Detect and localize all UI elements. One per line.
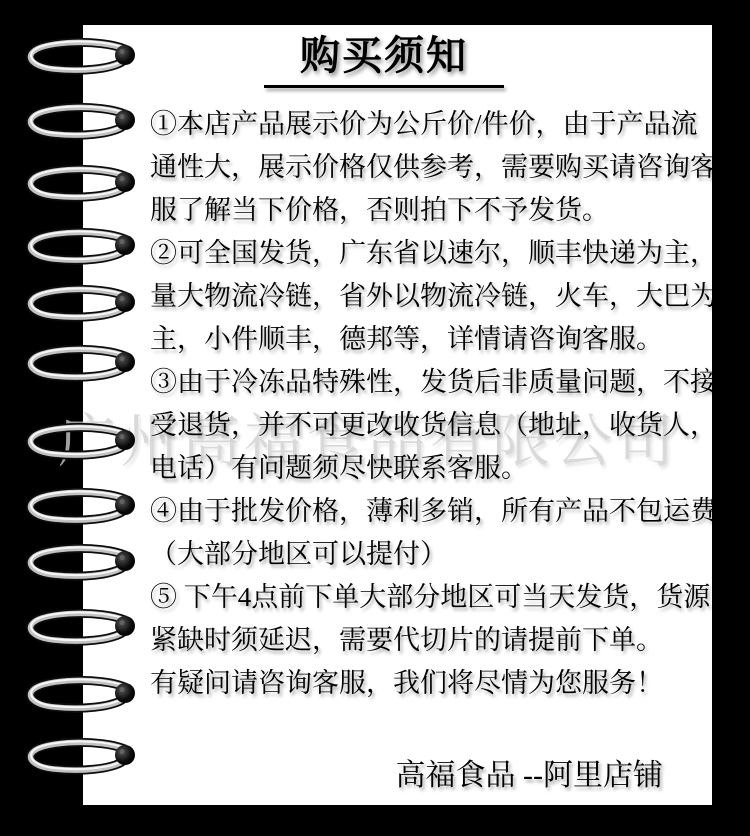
notice-line: ①本店产品展示价为公斤价/件价，由于产品流 <box>150 103 710 146</box>
ring-hole-icon <box>115 352 135 372</box>
spiral-ring-icon <box>22 36 140 80</box>
ring-hole-icon <box>115 683 135 703</box>
notice-line: 电话）有问题须尽快联系客服。 <box>150 447 710 490</box>
ring-hole-icon <box>115 430 135 450</box>
page-title: 购买须知 <box>234 33 534 79</box>
notice-line: 服了解当下价格，否则拍下不予发货。 <box>150 189 710 232</box>
ring-hole-icon <box>115 45 135 65</box>
spiral-ring-icon <box>22 163 140 207</box>
ring-hole-icon <box>115 745 135 765</box>
ring-hole-icon <box>115 235 135 255</box>
spiral-ring-icon <box>22 486 140 530</box>
ring-hole-icon <box>115 551 135 571</box>
spiral-ring-icon <box>22 421 140 465</box>
ring-hole-icon <box>115 292 135 312</box>
spiral-ring-icon <box>22 283 140 327</box>
shop-signature: 高福食品 --阿里店铺 <box>150 750 663 794</box>
notice-line: ②可全国发货，广东省以速尔，顺丰快递为主， <box>150 232 710 275</box>
notice-body: ①本店产品展示价为公斤价/件价，由于产品流通性大，展示价格仅供参考，需要购买请咨… <box>150 103 710 705</box>
spiral-ring-icon <box>22 226 140 270</box>
ring-hole-icon <box>115 172 135 192</box>
notice-poster: 广州高福食品有限公司 <box>0 0 750 836</box>
spiral-ring-icon <box>22 343 140 387</box>
notice-line: 量大物流冷链，省外以物流冷链，火车，大巴为 <box>150 275 710 318</box>
notice-line: ③由于冷冻品特殊性，发货后非质量问题，不接 <box>150 361 710 404</box>
notice-line: 受退货，并不可更改收货信息（地址，收货人， <box>150 404 710 447</box>
title-underline <box>264 85 504 88</box>
notice-line: 紧缺时须延迟，需要代切片的请提前下单。 <box>150 619 710 662</box>
spiral-binding <box>0 0 160 836</box>
ring-hole-icon <box>115 616 135 636</box>
spiral-ring-icon <box>22 736 140 780</box>
spiral-ring-icon <box>22 607 140 651</box>
spiral-ring-icon <box>22 101 140 145</box>
notice-line: （大部分地区可以提付） <box>150 533 710 576</box>
ring-hole-icon <box>115 110 135 130</box>
title-wrap: 购买须知 <box>234 33 534 79</box>
spiral-ring-icon <box>22 674 140 718</box>
notice-line: 有疑问请咨询客服，我们将尽情为您服务！ <box>150 662 710 705</box>
notice-line: 主，小件顺丰，德邦等，详情请咨询客服。 <box>150 318 710 361</box>
notice-line: ⑤ 下午4点前下单大部分地区可当天发货，货源 <box>150 576 710 619</box>
notice-line: 通性大，展示价格仅供参考，需要购买请咨询客 <box>150 146 710 189</box>
notice-line: ④由于批发价格，薄利多销，所有产品不包运费 <box>150 490 710 533</box>
spiral-ring-icon <box>22 542 140 586</box>
ring-hole-icon <box>115 495 135 515</box>
